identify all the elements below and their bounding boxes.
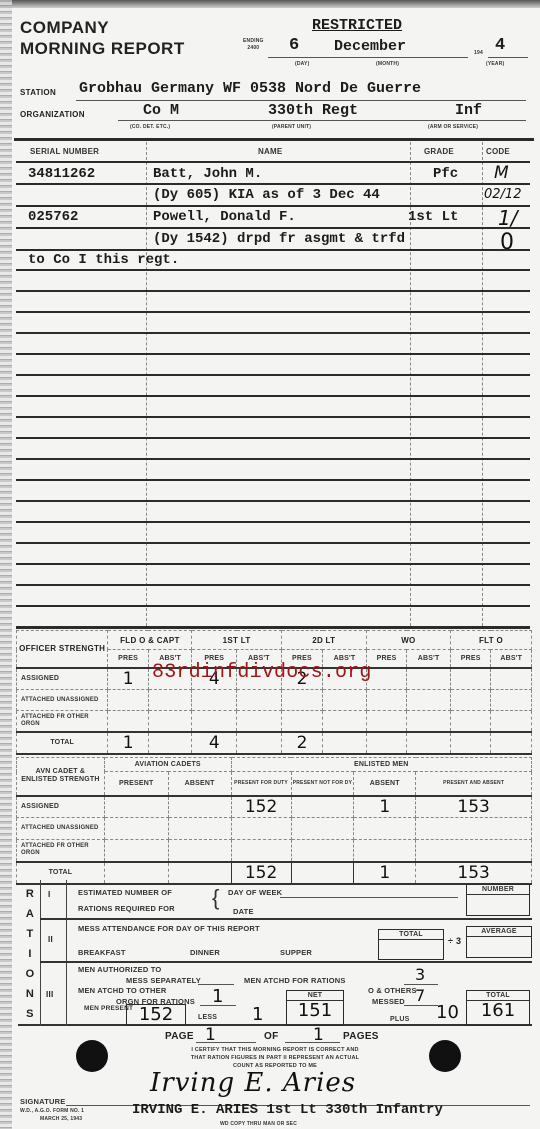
- scan-edge-top: [0, 0, 540, 8]
- sub-header-pres: PRES: [108, 650, 148, 668]
- rule-line: [16, 161, 530, 163]
- total-label: TOTAL: [379, 930, 443, 940]
- entry-name: to Co I this regt.: [28, 252, 179, 268]
- cell: [104, 796, 168, 818]
- organization-label: ORGANIZATION: [20, 110, 85, 119]
- entry-name: (Dy 605) KIA as of 3 Dec 44: [153, 187, 380, 203]
- scan-edge-left: [0, 0, 12, 1129]
- enlisted-row-attached-unassigned: ATTACHED UNASSIGNED: [17, 818, 532, 840]
- cell: 153: [416, 796, 532, 818]
- men-authorized-label: MEN AUTHORIZED TO: [78, 965, 161, 974]
- arm-caption: (ARM OR SERVICE): [428, 124, 478, 130]
- rations-divider: [40, 961, 532, 963]
- officer-group-header: WO: [366, 631, 450, 650]
- punch-hole-left: [76, 1040, 108, 1072]
- rule-line: [16, 311, 530, 313]
- men-atchd-other-label: MEN ATCHD TO OTHER: [78, 986, 166, 995]
- men-present-value: 152: [139, 1004, 173, 1025]
- entry-code: 0: [500, 230, 514, 255]
- section-num-2: II: [48, 935, 53, 944]
- form-number: W.D., A.G.O. FORM NO. 1: [20, 1108, 84, 1114]
- net-box: NET 151: [286, 990, 344, 1026]
- page-number: 1: [205, 1025, 216, 1045]
- pages-label: PAGES: [343, 1031, 379, 1042]
- day-of-week-line: [280, 897, 458, 898]
- men-atchd-other-value: 1: [212, 986, 223, 1007]
- row-label: ATTACHED FR OTHER ORGN: [17, 840, 105, 862]
- rule-line: [16, 416, 530, 418]
- cell: 2: [281, 732, 323, 754]
- entry-code: 02/12: [484, 187, 521, 202]
- brace: {: [212, 884, 219, 912]
- less-value: 1: [252, 1004, 263, 1025]
- entry-serial: 025762: [28, 209, 78, 225]
- row-label: TOTAL: [17, 732, 108, 754]
- rule-line: [16, 458, 530, 460]
- sub-header-abst: ABS'T: [491, 650, 532, 668]
- entry-serial: 34811262: [28, 166, 95, 182]
- row-label: ATTACHED UNASSIGNED: [17, 690, 108, 711]
- form-title-line1: COMPANY: [20, 18, 109, 38]
- cell: [291, 796, 354, 818]
- day-caption: (DAY): [295, 61, 309, 67]
- entries-col-divider-1: [146, 142, 147, 626]
- cell: [491, 668, 532, 690]
- enlisted-men-header: ENLISTED MEN: [231, 758, 531, 772]
- cell: [168, 796, 231, 818]
- number-box: NUMBER: [466, 884, 530, 916]
- station-underline: [76, 100, 526, 101]
- dinner-label: DINNER: [190, 948, 220, 957]
- organization-underline: [118, 120, 526, 121]
- cell: 4: [192, 732, 237, 754]
- year-caption: (YEAR): [486, 61, 504, 67]
- rule-line: [16, 395, 530, 397]
- month-caption: (MONTH): [376, 61, 399, 67]
- cell: [237, 732, 282, 754]
- rule-line: [16, 374, 530, 376]
- station-value: Grobhau Germany WF 0538 Nord De Guerre: [79, 80, 421, 97]
- cell: [366, 668, 406, 690]
- o-others-value: 7: [415, 986, 425, 1005]
- cell: 1: [354, 796, 416, 818]
- date-month: December: [334, 38, 406, 55]
- cell: 152: [231, 796, 291, 818]
- rule-line: [16, 500, 530, 502]
- form-title-line2: MORNING REPORT: [20, 39, 185, 59]
- cell: [323, 732, 367, 754]
- col-present-for-duty: PRESENT FOR DUTY: [231, 772, 291, 796]
- morning-report-document: COMPANY MORNING REPORT RESTRICTED ENDING…: [0, 0, 540, 1129]
- officer-group-header: FLT O: [450, 631, 531, 650]
- rule-line: [16, 542, 530, 544]
- mess-separately-line: [198, 984, 234, 985]
- rule-line: [16, 183, 530, 185]
- parent-caption: (PARENT UNIT): [272, 124, 311, 130]
- rations-total-box: TOTAL 161: [466, 990, 530, 1026]
- certification-text: I CERTIFY THAT THIS MORNING REPORT IS CO…: [150, 1046, 400, 1070]
- rule-line: [16, 269, 530, 271]
- row-label: ASSIGNED: [17, 668, 108, 690]
- year-underline: [488, 57, 528, 58]
- entry-code: M: [494, 163, 509, 183]
- date-underline: [268, 57, 468, 58]
- average-label: AVERAGE: [467, 927, 531, 937]
- col-absent: ABSENT: [354, 772, 416, 796]
- rule-line: [16, 437, 530, 439]
- number-label: NUMBER: [467, 885, 529, 895]
- rule-line: [16, 584, 530, 586]
- col-present: PRESENT: [104, 772, 168, 796]
- enlisted-strength-title: AVN CADET & ENLISTED STRENGTH: [17, 758, 105, 796]
- col-header-grade: GRADE: [424, 147, 454, 156]
- entry-grade: Pfc: [433, 166, 458, 182]
- rule-line: [16, 521, 530, 523]
- signature-script: Irving E. Aries: [150, 1068, 356, 1098]
- officer-group-header: 2D LT: [281, 631, 366, 650]
- supper-label: SUPPER: [280, 948, 312, 957]
- sub-header-abst: ABS'T: [407, 650, 451, 668]
- officer-row-attached-unassigned: ATTACHED UNASSIGNED: [17, 690, 532, 711]
- enlisted-row-attached-other: ATTACHED FR OTHER ORGN: [17, 840, 532, 862]
- breakfast-label: BREAKFAST: [78, 948, 126, 957]
- rations-divider: [66, 880, 67, 1026]
- divide-by-three: ÷ 3: [448, 936, 461, 946]
- messed-label: MESSED: [372, 997, 405, 1006]
- rations-divider: [40, 880, 41, 1026]
- rule-line: [16, 249, 530, 251]
- punch-hole-right: [429, 1040, 461, 1072]
- cell: [366, 732, 406, 754]
- entry-name: Batt, John M.: [153, 166, 262, 182]
- rations-required-label: RATIONS REQUIRED FOR: [78, 904, 175, 913]
- cell: 1: [108, 732, 148, 754]
- officer-row-total: TOTAL 1 4 2: [17, 732, 532, 754]
- entry-name: (Dy 1542) drpd fr asgmt & trfd: [153, 231, 405, 247]
- watermark-text: 83rdinfdivdocs.org: [152, 661, 372, 684]
- officer-group-header: 1ST LT: [192, 631, 281, 650]
- col-header-serial: SERIAL NUMBER: [30, 147, 99, 156]
- officer-group-header: FLD O & CAPT: [108, 631, 192, 650]
- signer-typed-name: IRVING E. ARIES 1st Lt 330th Infantry: [132, 1102, 443, 1118]
- men-atchd-for-rations-value: 3: [415, 965, 425, 984]
- date-year: 4: [495, 36, 505, 55]
- estimated-rations-label: ESTIMATED NUMBER OF: [78, 888, 172, 897]
- men-present-box: 152: [126, 1004, 186, 1026]
- o-others-line: [404, 1005, 438, 1006]
- sub-header-pres: PRES: [450, 650, 490, 668]
- rule-line: [16, 353, 530, 355]
- signer-caption: WD COPY THRU MAN OR SEC: [220, 1121, 297, 1127]
- enlisted-row-assigned: ASSIGNED 152 1 153: [17, 796, 532, 818]
- date-label: DATE: [233, 907, 254, 916]
- rule-line: [16, 205, 530, 207]
- net-value: 151: [287, 1001, 343, 1021]
- year-prefix: 194: [474, 50, 483, 56]
- page-label: PAGE: [165, 1031, 194, 1042]
- cell: 1: [108, 668, 148, 690]
- aviation-cadets-header: AVIATION CADETS: [104, 758, 231, 772]
- average-box: AVERAGE: [466, 926, 532, 958]
- rule-line: [16, 563, 530, 565]
- entries-col-divider-3: [482, 142, 483, 626]
- col-header-code: CODE: [486, 147, 510, 156]
- col-present-not-for-duty: PRESENT NOT FOR DY: [291, 772, 354, 796]
- rule-line: [16, 605, 530, 607]
- mess-attendance-label: MESS ATTENDANCE FOR DAY OF THIS REPORT: [78, 924, 260, 933]
- row-label: ASSIGNED: [17, 796, 105, 818]
- officer-row-attached-other: ATTACHED FR OTHER ORGN: [17, 711, 532, 732]
- o-others-label: O & OTHERS: [368, 986, 417, 995]
- men-atchd-for-rations-label: MEN ATCHD FOR RATIONS: [244, 976, 346, 985]
- cell: [148, 732, 192, 754]
- row-label: ATTACHED UNASSIGNED: [17, 818, 105, 840]
- rule-line: [16, 227, 530, 229]
- rule-line: [16, 479, 530, 481]
- entry-grade: 1st Lt: [408, 209, 458, 225]
- rule-line: [16, 290, 530, 292]
- signature-label: SIGNATURE: [20, 1097, 65, 1106]
- plus-value: 10: [436, 1002, 459, 1023]
- col-absent: ABSENT: [168, 772, 231, 796]
- rations-side-label: RATIONS: [24, 884, 36, 1024]
- section-num-3: III: [46, 990, 54, 999]
- of-label: OF: [264, 1031, 279, 1042]
- company-caption: (CO. DET. ETC.): [130, 124, 170, 130]
- row-label: ATTACHED FR OTHER ORGN: [17, 711, 108, 732]
- cell: [407, 668, 451, 690]
- total-value: 161: [467, 1001, 529, 1021]
- entry-code: 1/: [498, 206, 517, 230]
- col-present-and-absent: PRESENT AND ABSENT: [416, 772, 532, 796]
- header-divider: [14, 138, 534, 141]
- organization-company: Co M: [143, 102, 179, 119]
- less-label: LESS: [198, 1014, 217, 1021]
- rations-divider: [40, 918, 532, 920]
- cell: [407, 732, 451, 754]
- officer-strength-title: OFFICER STRENGTH: [17, 631, 108, 668]
- atchd-rations-line: [404, 984, 438, 985]
- entry-name: Powell, Donald F.: [153, 209, 296, 225]
- cell: [491, 732, 532, 754]
- organization-arm: Inf: [455, 102, 482, 119]
- total-pages: 1: [313, 1025, 324, 1045]
- form-date: MARCH 25, 1943: [40, 1116, 82, 1122]
- rations-section: RATIONS I ESTIMATED NUMBER OF RATIONS RE…: [18, 880, 532, 1026]
- col-header-name: NAME: [258, 147, 282, 156]
- ending-label: ENDING2400: [243, 38, 264, 52]
- organization-parent: 330th Regt: [268, 102, 358, 119]
- cell: [450, 732, 490, 754]
- enlisted-strength-table: AVN CADET & ENLISTED STRENGTH AVIATION C…: [16, 757, 532, 885]
- rule-line: [16, 332, 530, 334]
- restricted-stamp: RESTRICTED: [312, 17, 402, 34]
- rule-line: [16, 626, 530, 629]
- date-day: 6: [289, 36, 299, 55]
- day-of-week-label: DAY OF WEEK: [228, 888, 282, 897]
- plus-label: PLUS: [390, 1016, 409, 1023]
- officer-strength-table: OFFICER STRENGTH FLD O & CAPT 1ST LT 2D …: [16, 630, 532, 755]
- station-label: STATION: [20, 88, 56, 97]
- cell: [450, 668, 490, 690]
- mess-total-box: TOTAL: [378, 929, 444, 960]
- section-num-1: I: [48, 890, 51, 899]
- mess-separately-label: MESS SEPARATELY: [126, 976, 201, 985]
- sub-header-pres: PRES: [366, 650, 406, 668]
